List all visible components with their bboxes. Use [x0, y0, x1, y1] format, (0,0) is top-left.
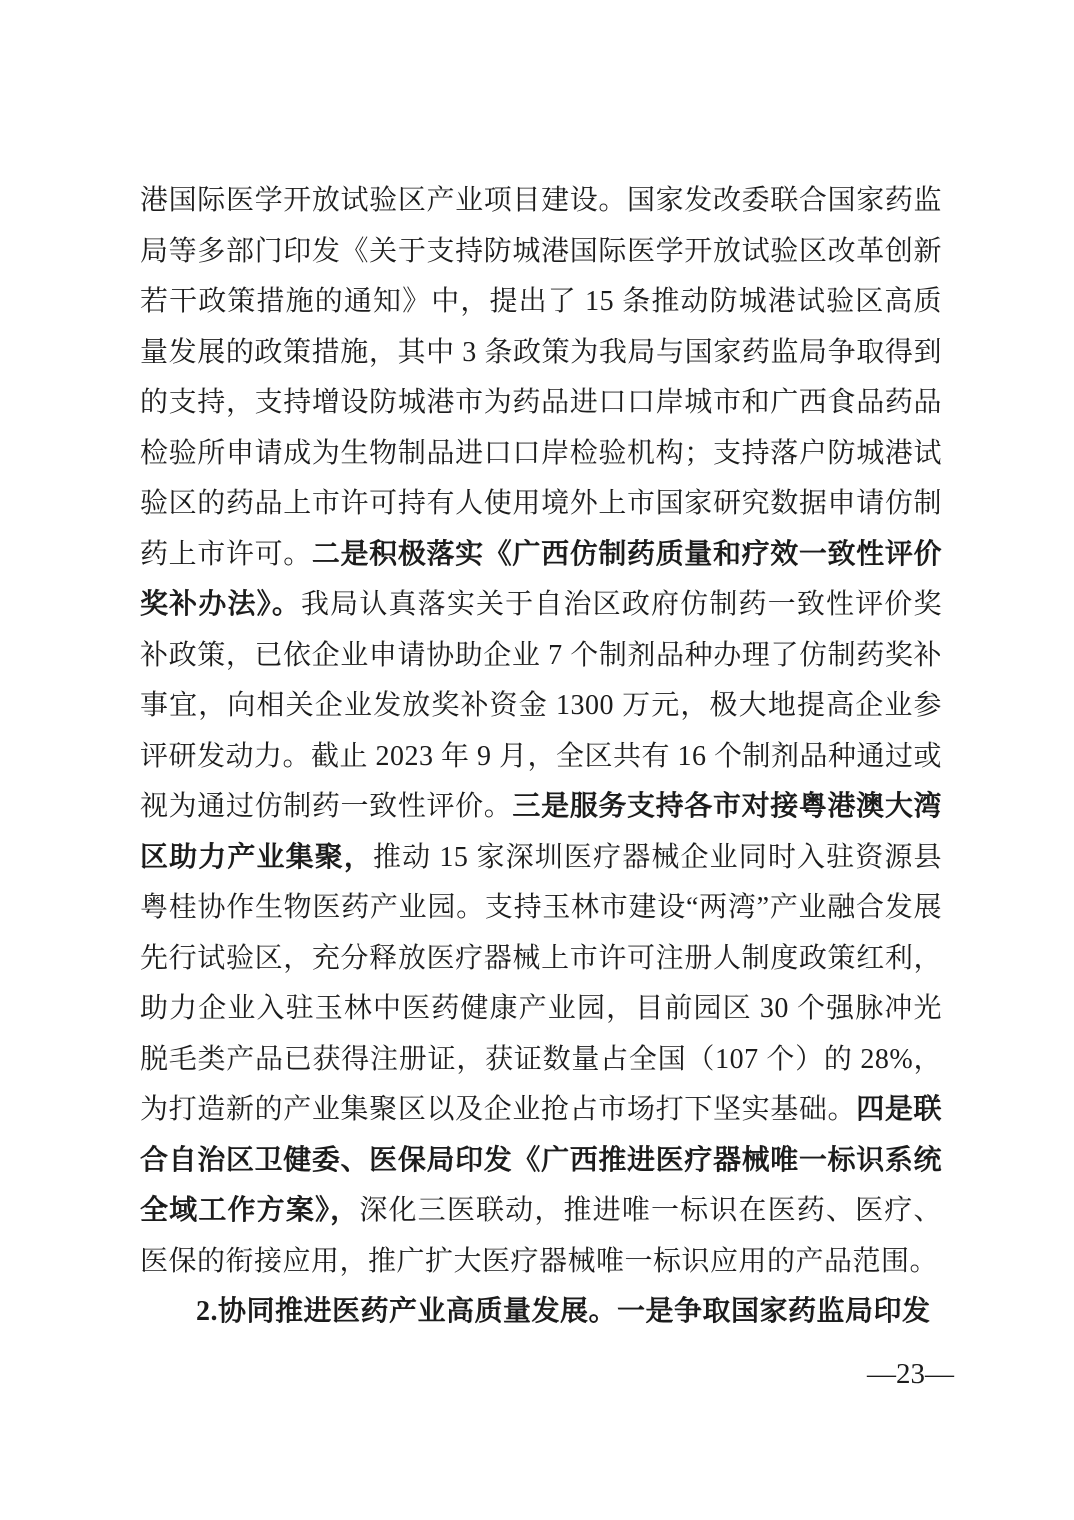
document-body: 港国际医学开放试验区产业项目建设。国家发改委联合国家药监局等多部门印发《关于支持…	[140, 176, 942, 1338]
text-segment: 港国际医学开放试验区产业项目建设。国家发改委联合国家药监局等多部门印发《关于支持…	[140, 185, 942, 570]
text-segment: 推动 15 家深圳医疗器械企业同时入驻资源县粤桂协作生物医药产业园。支持玉林市建…	[140, 842, 942, 1126]
bold-text-segment: 2.协同推进医药产业高质量发展。一是争取国家药监局印发	[196, 1296, 931, 1327]
paragraph-heading-2: 2.协同推进医药产业高质量发展。一是争取国家药监局印发	[140, 1287, 942, 1338]
page-number: —23—	[867, 1358, 954, 1390]
document-page: 港国际医学开放试验区产业项目建设。国家发改委联合国家药监局等多部门印发《关于支持…	[0, 0, 1074, 1520]
text-segment: 我局认真落实关于自治区政府仿制药一致性评价奖补政策，已依企业申请协助企业 7 个…	[140, 589, 942, 822]
paragraph-continuation: 港国际医学开放试验区产业项目建设。国家发改委联合国家药监局等多部门印发《关于支持…	[140, 176, 942, 1287]
